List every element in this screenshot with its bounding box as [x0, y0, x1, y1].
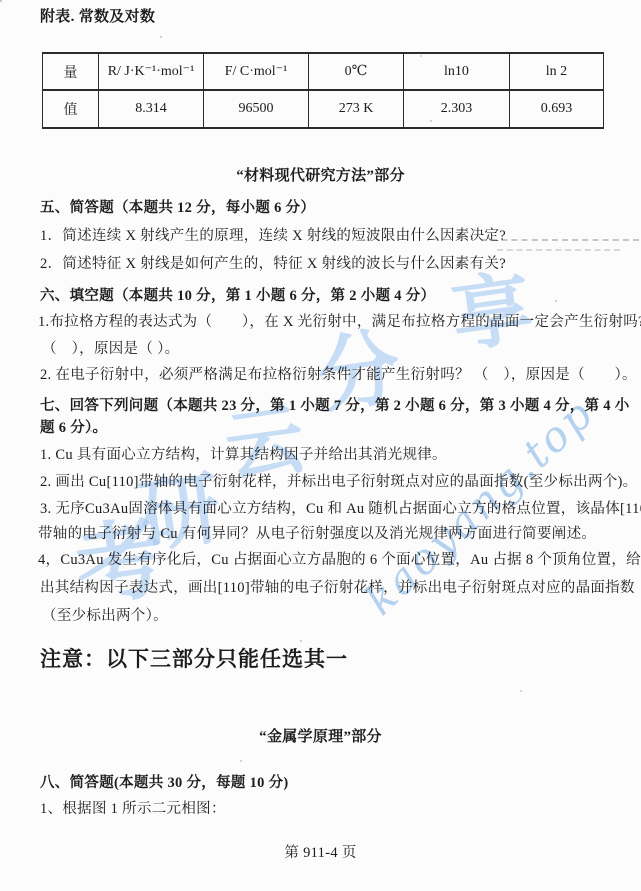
table-row-value: 值 8.314 96500 273 K 2.303 0.693 [43, 90, 604, 128]
exam-paper-page: 考 研 云 分 享 kaoyang.top 附表. 常数及对数 量 R/ J·K… [0, 0, 641, 891]
question7-item-3-line-2: 带轴的电子衍射与 Cu 有何异同？从电子衍射强度以及消光规律两方面进行简要阐述。 [38, 525, 596, 544]
table-value-0C: 273 K [309, 90, 404, 128]
question8-item-1: 1、根据图 1 所示二元相图： [40, 800, 226, 819]
question5-header: 五、简答题（本题共 12 分，每小题 6 分） [40, 199, 315, 218]
page-number: 第 911-4 页 [0, 844, 641, 863]
table-value-ln2: 0.693 [510, 90, 604, 128]
scan-dash-artifact [497, 249, 620, 251]
question5-item-2: 2．简述特征 X 射线是如何产生的，特征 X 射线的波长与什么因素有关? [40, 255, 506, 274]
table-value-R: 8.314 [99, 90, 204, 128]
appendix-title: 附表. 常数及对数 [40, 8, 155, 27]
table-header-0C: 0℃ [309, 53, 404, 90]
question7-header-line-2: 题 6 分）。 [40, 419, 107, 438]
question6-item-1-line-1: 1.布拉格方程的表达式为（ ），在 X 光衍射中，满足布拉格方程的晶面一定会产生… [38, 313, 641, 332]
scan-dash-artifact [481, 239, 639, 241]
table-value-ln10: 2.303 [404, 90, 510, 128]
question6-header: 六、填空题（本题共 10 分，第 1 小题 6 分，第 2 小题 4 分） [40, 287, 435, 306]
table-header-F: F/ C·mol⁻¹ [204, 53, 309, 90]
question7-item-4-line-3: （至少标出两个）。 [42, 607, 168, 626]
methods-section-title: “材料现代研究方法”部分 [0, 167, 641, 186]
selection-notice: 注意：以下三部分只能任选其一 [40, 650, 348, 669]
question7-item-4-line-1: 4，Cu3Au 发生有序化后，Cu 占据面心立方晶胞的 6 个面心位置，Au 占… [38, 551, 641, 570]
quantity-row-label: 量 [43, 53, 99, 90]
scan-noise [0, 0, 2, 2]
question7-item-4-line-2: 出其结构因子表达式，画出[110]带轴的电子衍射花样，并标出电子衍射斑点对应的晶… [40, 579, 635, 598]
table-header-ln2: ln 2 [510, 53, 604, 90]
question6-item-2: 2. 在电子衍射中，必须严格满足布拉格衍射条件才能产生衍射吗？ （ ），原因是（… [40, 366, 637, 385]
question5-item-1: 1．简述连续 X 射线产生的原理，连续 X 射线的短波限由什么因素决定? [40, 227, 506, 246]
question7-item-1: 1. Cu 具有面心立方结构，计算其结构因子并给出其消光规律。 [40, 446, 447, 465]
table-header-ln10: ln10 [404, 53, 510, 90]
watermark-cn-char: 享 [446, 263, 537, 361]
table-row-quantity: 量 R/ J·K⁻¹·mol⁻¹ F/ C·mol⁻¹ 0℃ ln10 ln 2 [43, 53, 604, 90]
table-value-F: 96500 [204, 90, 309, 128]
metal-section-title: “金属学原理”部分 [0, 728, 641, 747]
question7-item-2: 2. 画出 Cu[110]带轴的电子衍射花样，并标出电子衍射斑点对应的晶面指数(… [40, 473, 637, 492]
table-header-R: R/ J·K⁻¹·mol⁻¹ [99, 53, 204, 90]
question6-item-1-line-2: （ ），原因是（ ）。 [42, 340, 179, 359]
constants-table: 量 R/ J·K⁻¹·mol⁻¹ F/ C·mol⁻¹ 0℃ ln10 ln 2… [42, 52, 604, 129]
question8-header: 八、简答题(本题共 30 分，每题 10 分) [40, 774, 289, 793]
question7-header-line-1: 七、回答下列问题（本题共 23 分，第 1 小题 7 分，第 2 小题 6 分，… [40, 397, 630, 416]
question7-item-3-line-1: 3. 无序Cu3Au固溶体具有面心立方结构，Cu 和 Au 随机占据面心立方的格… [40, 500, 641, 519]
value-row-label: 值 [43, 90, 99, 128]
